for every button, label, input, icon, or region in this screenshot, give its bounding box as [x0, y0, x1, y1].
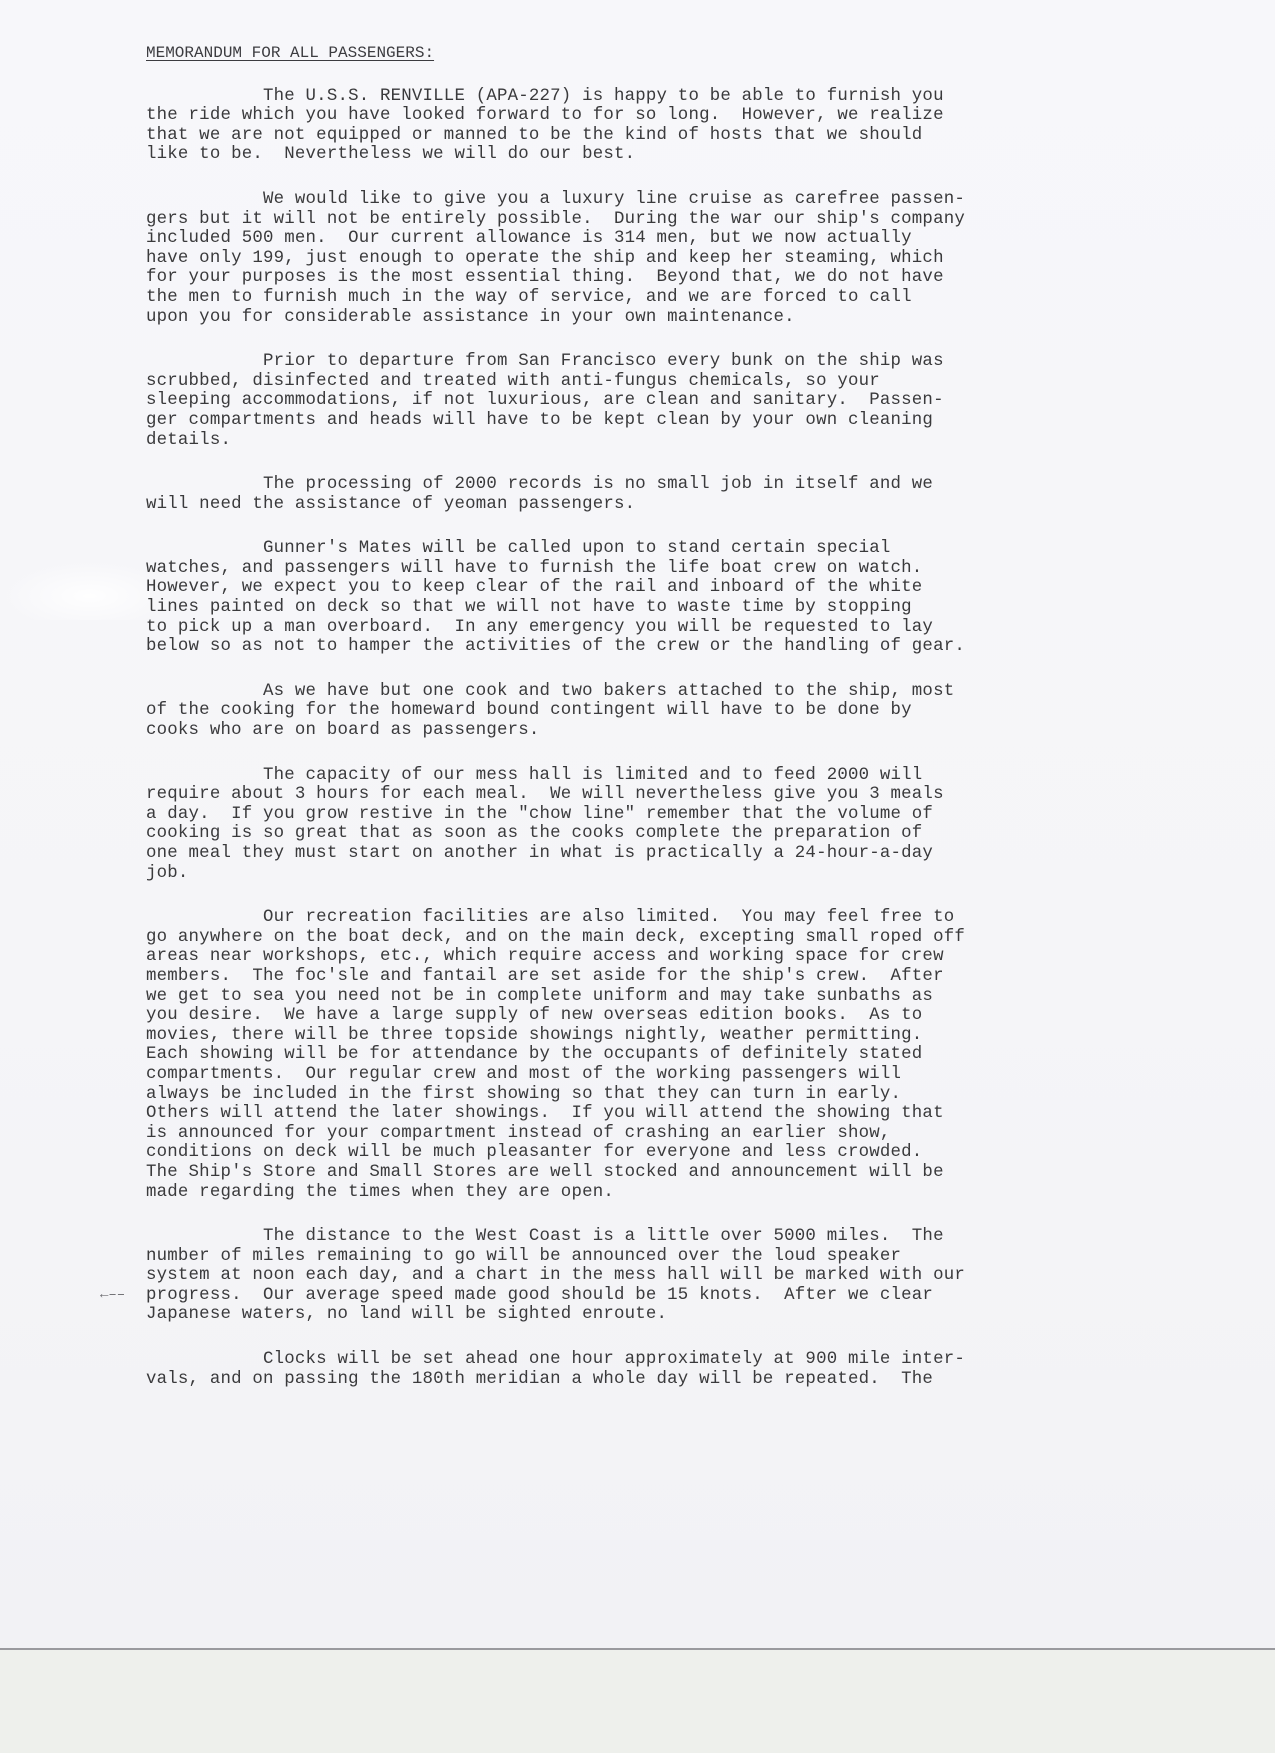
memo-paragraph: Gunner's Mates will be called upon to st…	[146, 539, 1066, 657]
memo-paragraph: The capacity of our mess hall is limited…	[146, 766, 1066, 884]
margin-arrow-mark: ←––	[100, 1287, 125, 1303]
memo-paragraph: The U.S.S. RENVILLE (APA-227) is happy t…	[146, 87, 1066, 165]
text-line: areas near workshops, etc., which requir…	[146, 947, 1066, 967]
text-line: upon you for considerable assistance in …	[146, 308, 1066, 328]
text-line: Prior to departure from San Francisco ev…	[146, 352, 1066, 372]
memo-paragraph: We would like to give you a luxury line …	[146, 190, 1066, 327]
text-line: We would like to give you a luxury line …	[146, 190, 1066, 210]
text-line: that we are not equipped or manned to be…	[146, 126, 1066, 146]
text-line: Our recreation facilities are also limit…	[146, 908, 1066, 928]
text-line: always be included in the first showing …	[146, 1085, 1066, 1105]
text-line: the men to furnish much in the way of se…	[146, 288, 1066, 308]
memo-paragraph: Our recreation facilities are also limit…	[146, 908, 1066, 1202]
text-line: is announced for your compartment instea…	[146, 1124, 1066, 1144]
text-line: for your purposes is the most essential …	[146, 268, 1066, 288]
text-line: number of miles remaining to go will be …	[146, 1247, 1066, 1267]
text-line: lines painted on deck so that we will no…	[146, 598, 1066, 618]
memo-paragraph: As we have but one cook and two bakers a…	[146, 682, 1066, 741]
memo-paragraph: Prior to departure from San Francisco ev…	[146, 352, 1066, 450]
text-line: like to be. Nevertheless we will do our …	[146, 145, 1066, 165]
text-line: Gunner's Mates will be called upon to st…	[146, 539, 1066, 559]
scanner-background	[0, 1650, 1275, 1753]
text-line: cooking is so great that as soon as the …	[146, 824, 1066, 844]
text-line: job.	[146, 864, 1066, 884]
paper-crease	[0, 560, 150, 620]
memo-paragraph: The distance to the West Coast is a litt…	[146, 1227, 1066, 1325]
text-line: the ride which you have looked forward t…	[146, 106, 1066, 126]
text-line: we get to sea you need not be in complet…	[146, 987, 1066, 1007]
text-line: below so as not to hamper the activities…	[146, 637, 1066, 657]
text-line: you desire. We have a large supply of ne…	[146, 1006, 1066, 1026]
text-line: watches, and passengers will have to fur…	[146, 559, 1066, 579]
text-line: will need the assistance of yeoman passe…	[146, 495, 1066, 515]
memo-title: MEMORANDUM FOR ALL PASSENGERS:	[146, 44, 434, 64]
text-line: progress. Our average speed made good sh…	[146, 1286, 1066, 1306]
text-line: Others will attend the later showings. I…	[146, 1104, 1066, 1124]
text-line: The Ship's Store and Small Stores are we…	[146, 1163, 1066, 1183]
memo-paragraph: The processing of 2000 records is no sma…	[146, 475, 1066, 514]
text-line: As we have but one cook and two bakers a…	[146, 682, 1066, 702]
memo-paragraphs: The U.S.S. RENVILLE (APA-227) is happy t…	[146, 87, 1066, 1390]
text-line: to pick up a man overboard. In any emerg…	[146, 618, 1066, 638]
text-line: Clocks will be set ahead one hour approx…	[146, 1350, 1066, 1370]
text-line: a day. If you grow restive in the "chow …	[146, 805, 1066, 825]
text-line: scrubbed, disinfected and treated with a…	[146, 372, 1066, 392]
text-line: go anywhere on the boat deck, and on the…	[146, 928, 1066, 948]
text-line: gers but it will not be entirely possibl…	[146, 210, 1066, 230]
text-line: one meal they must start on another in w…	[146, 844, 1066, 864]
text-line: However, we expect you to keep clear of …	[146, 578, 1066, 598]
memo-paragraph: Clocks will be set ahead one hour approx…	[146, 1350, 1066, 1389]
text-line: included 500 men. Our current allowance …	[146, 229, 1066, 249]
text-line: members. The foc'sle and fantail are set…	[146, 967, 1066, 987]
text-line: Each showing will be for attendance by t…	[146, 1045, 1066, 1065]
text-line: The distance to the West Coast is a litt…	[146, 1227, 1066, 1247]
text-line: system at noon each day, and a chart in …	[146, 1266, 1066, 1286]
text-line: of the cooking for the homeward bound co…	[146, 701, 1066, 721]
text-line: require about 3 hours for each meal. We …	[146, 785, 1066, 805]
text-line: conditions on deck will be much pleasant…	[146, 1143, 1066, 1163]
text-line: cooks who are on board as passengers.	[146, 721, 1066, 741]
text-line: have only 199, just enough to operate th…	[146, 249, 1066, 269]
text-line: vals, and on passing the 180th meridian …	[146, 1370, 1066, 1390]
text-line: ger compartments and heads will have to …	[146, 411, 1066, 431]
text-line: details.	[146, 431, 1066, 451]
text-line: Japanese waters, no land will be sighted…	[146, 1305, 1066, 1325]
text-line: The U.S.S. RENVILLE (APA-227) is happy t…	[146, 87, 1066, 107]
text-line: sleeping accommodations, if not luxuriou…	[146, 391, 1066, 411]
memo-body: MEMORANDUM FOR ALL PASSENGERS: The U.S.S…	[146, 44, 1066, 1414]
text-line: The processing of 2000 records is no sma…	[146, 475, 1066, 495]
text-line: movies, there will be three topside show…	[146, 1026, 1066, 1046]
text-line: made regarding the times when they are o…	[146, 1183, 1066, 1203]
text-line: The capacity of our mess hall is limited…	[146, 766, 1066, 786]
text-line: compartments. Our regular crew and most …	[146, 1065, 1066, 1085]
memo-page: MEMORANDUM FOR ALL PASSENGERS: The U.S.S…	[0, 0, 1275, 1650]
